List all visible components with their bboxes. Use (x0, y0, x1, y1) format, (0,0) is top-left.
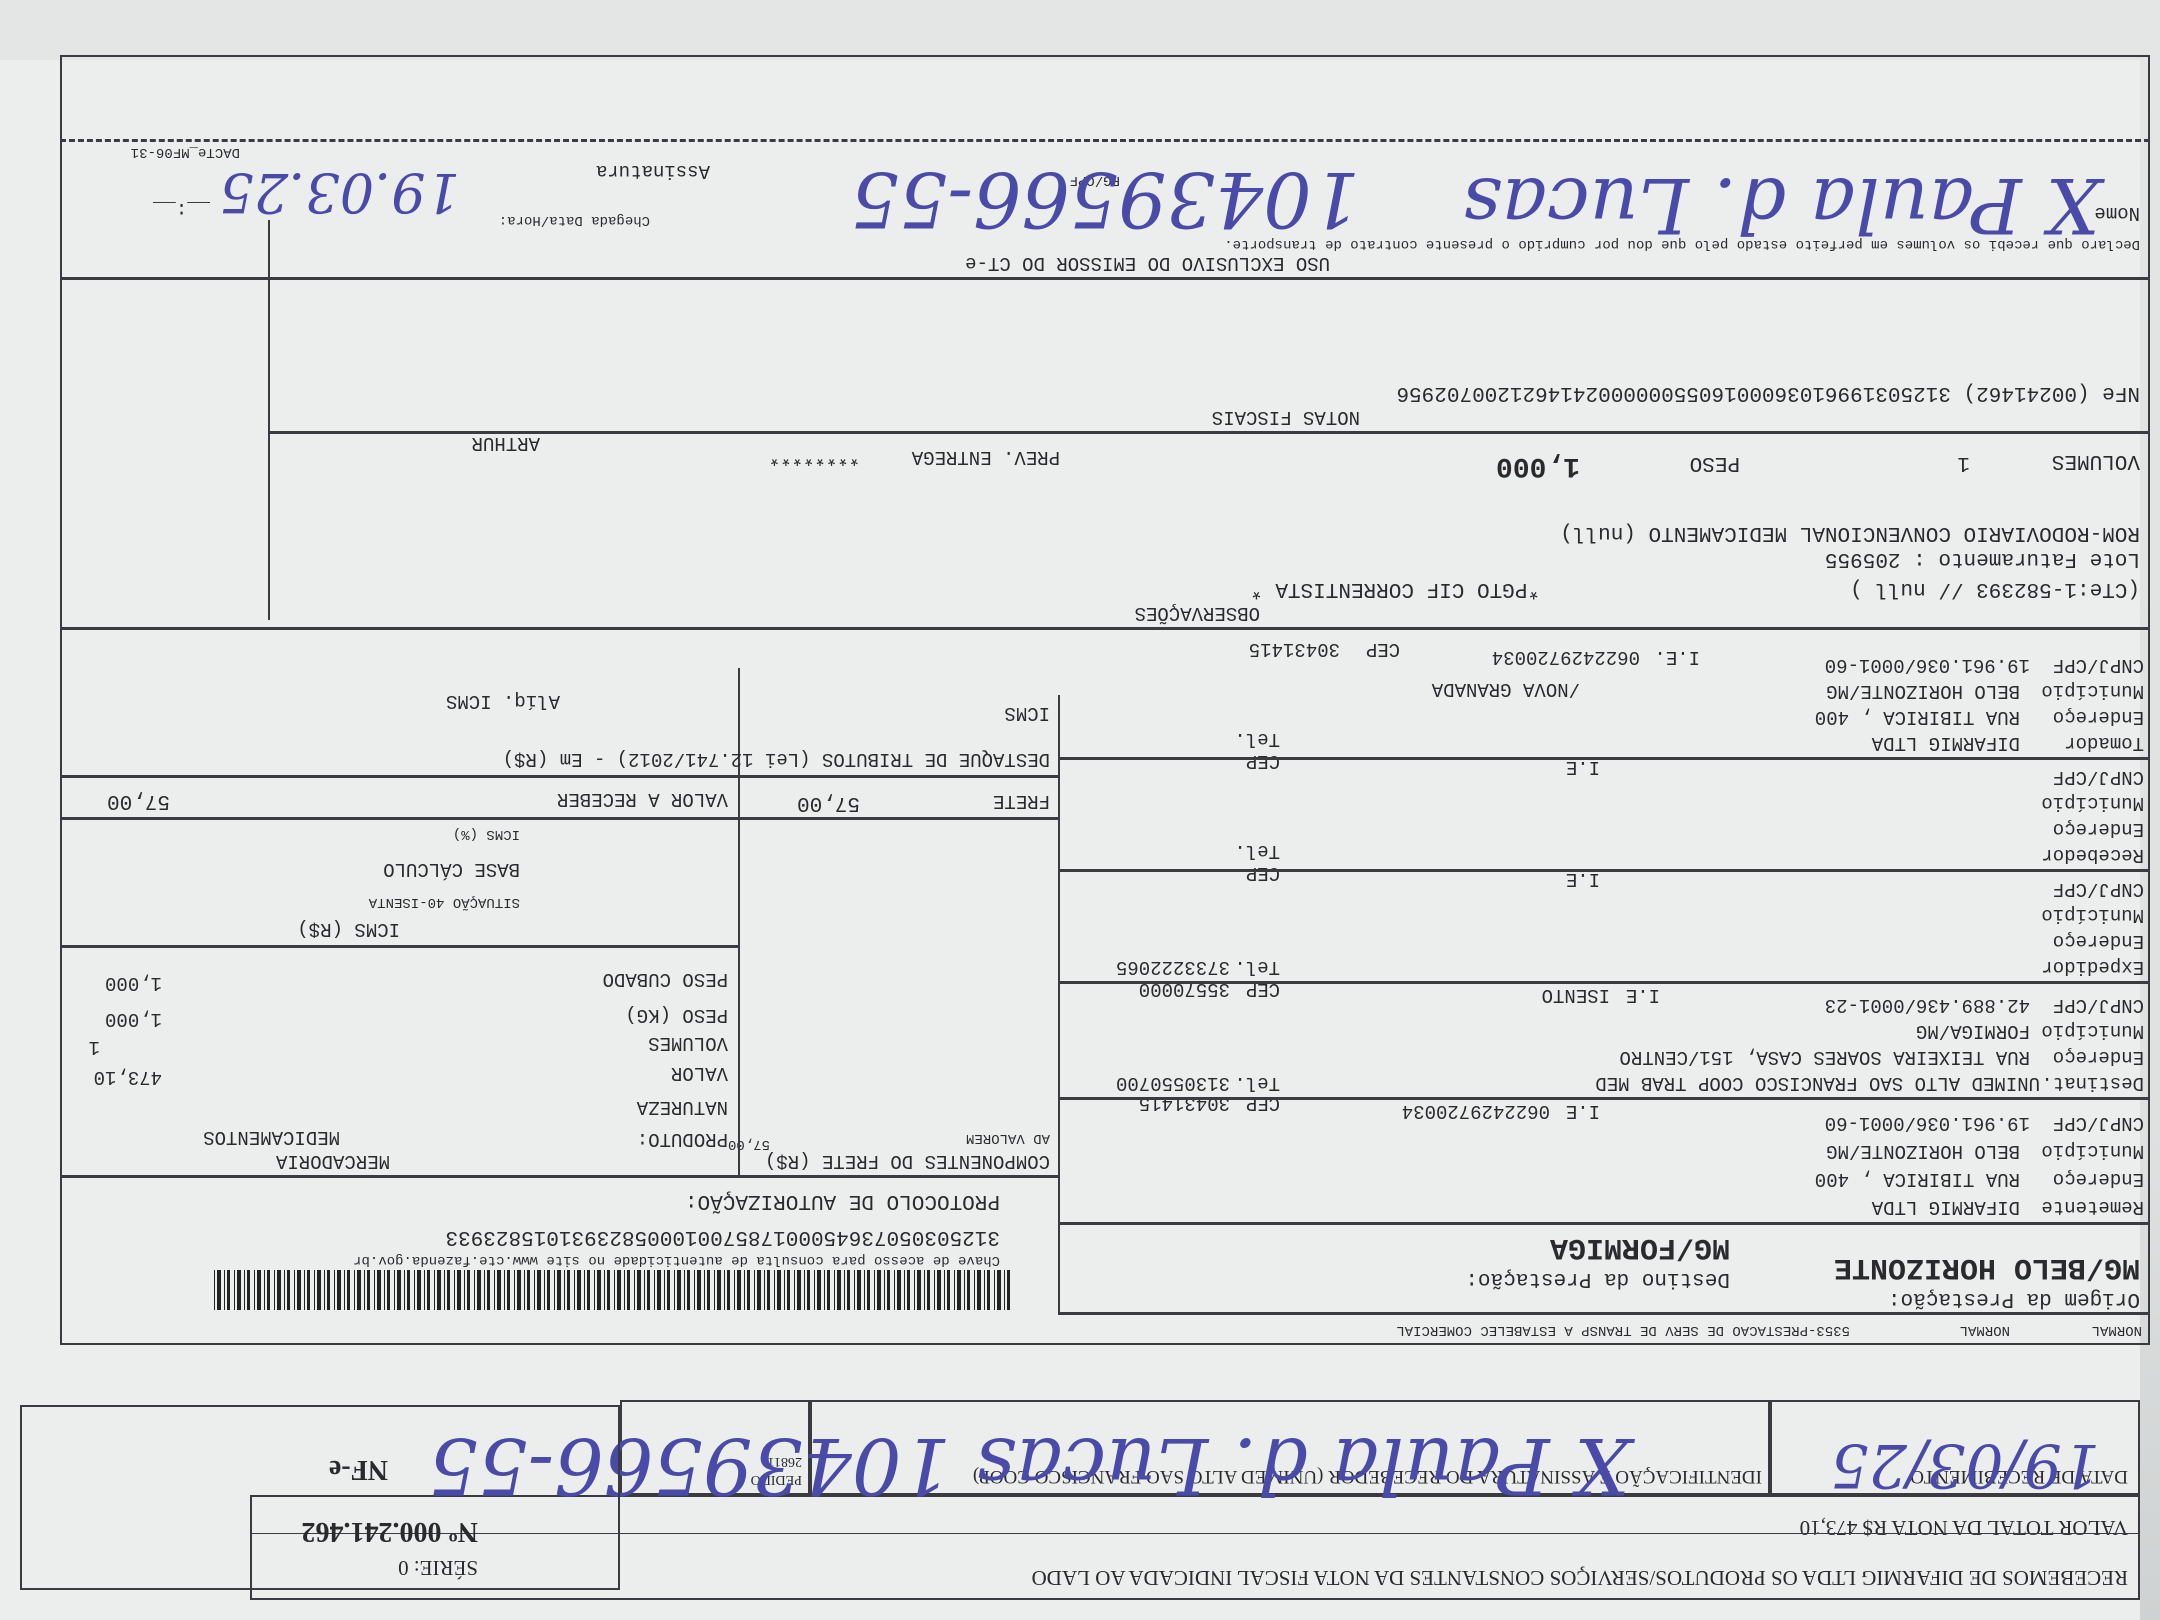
nfe-number: Nº 000.241.462 (302, 1516, 478, 1546)
weight-label: PESO (KG) (625, 1004, 728, 1026)
cubed-weight-label: PESO CUBADO (603, 968, 728, 990)
product-label: PRODUTO: (637, 1128, 728, 1150)
icms-situation: SITUAÇÃO 40-ISENTA (369, 894, 520, 910)
nfe-box: NF-e Nº 000.241.462 SÉRIE: 0 (20, 1405, 620, 1590)
volumes-value: 1 (89, 1036, 100, 1058)
arrival-label: Chegada Data/Hora: (499, 212, 650, 228)
taker-cep-label: CEP (1366, 638, 1400, 660)
sender-cnpj: 19.961.036/0001-60 (1825, 1112, 2030, 1134)
receipt-date-handwritten: 19/03/25 (1831, 1430, 2100, 1500)
protocol-label: PROTOCOLO DE AUTORIZAÇÃO: (685, 1188, 1000, 1212)
taxes-icms-label: ICMS (1004, 702, 1050, 724)
taker-label: Tomador (2064, 732, 2144, 754)
merchandise-label: MERCADORIA (276, 1150, 390, 1172)
observations-line2: Lote Faturamento : 205955 (1825, 546, 2140, 570)
receipt-signature-label: Assinatura (596, 160, 710, 182)
total-value: VALOR TOTAL DA NOTA R$ 473,10 (1800, 1516, 2128, 1540)
arrival-time-placeholder[interactable]: __:__ (153, 198, 210, 220)
recipient-cnpj: 42.889.436/0001-23 (1825, 994, 2030, 1016)
receipt-name-handwritten: X Paula d. Lucas (1463, 161, 2100, 250)
sender-tel: 3130550700 (1116, 1072, 1230, 1094)
origin-value: MG/BELO HORIZONTE (1834, 1250, 2140, 1284)
recipient-tel-label: Tel. (1234, 956, 1280, 978)
operator-name: ARTHUR (472, 432, 540, 454)
recipient-tel: 3733222065 (1116, 956, 1230, 978)
sender-ie: 0622429720034 (1402, 1100, 1550, 1122)
observations-line3: ROM-RODOVIARIO CONVENCIONAL MEDICAMENTO … (1560, 520, 2140, 544)
access-key-caption: Chave de acesso para consulta de autenti… (353, 1252, 1000, 1268)
dacte-document: RECEBEMOS DE DIFARMIG LTDA OS PRODUTOS/S… (0, 0, 2160, 1620)
sender-city: BELO HORIZONTE/MG (1826, 1140, 2020, 1162)
nfe-series: SÉRIE: 0 (398, 1556, 478, 1580)
taker-city: BELO HORIZONTE/MG (1826, 680, 2020, 702)
nature-label: NATUREZA (637, 1096, 728, 1118)
obs-volumes-value: 1 (1957, 450, 1970, 474)
delivery-forecast-value: ******** (769, 446, 860, 468)
recipient-cnpj-label: CNPJ/CPF (2053, 994, 2144, 1016)
receiver-city-label: Município (2041, 792, 2144, 814)
freight-value: 57,00 (797, 790, 860, 814)
taker-cnpj: 19.961.036/0001-60 (1825, 654, 2030, 676)
obs-weight-value: 1,000 (1496, 450, 1580, 480)
icms-pct-label: ICMS (%) (453, 826, 520, 842)
cfop: 5353-PRESTACAO DE SERV DE TRANSP A ESTAB… (1396, 1322, 1850, 1338)
receipt-rg-handwritten: 10439566-55 (851, 155, 1360, 244)
freight-label: FRETE (993, 790, 1050, 812)
cargo-value: 473,10 (94, 1066, 162, 1088)
sender-label: Remetente (2041, 1196, 2144, 1218)
receiver-tel-label: Tel. (1234, 728, 1280, 750)
form-code: DACTe_MF06-31 (131, 144, 240, 160)
taker-address: RUA TIBIRICA , 400 (1815, 706, 2020, 728)
taxes-title: DESTAQUE DE TRIBUTOS (Lei 12.741/2012) -… (503, 748, 1050, 770)
cubed-weight-value: 1,000 (105, 972, 162, 994)
recipient-city: FORMIGA/MG (1916, 1020, 2030, 1042)
ad-valorem-value: 57,00 (728, 1136, 770, 1152)
cargo-value-label: VALOR (671, 1062, 728, 1084)
receiver-address-label: Endereço (2053, 818, 2144, 840)
recipient-ie-label: I.E (1626, 984, 1660, 1006)
sender-city-label: Município (2041, 1140, 2144, 1162)
destination-label: Destino da Prestação: (1465, 1266, 1730, 1290)
taker-cnpj-label: CNPJ/CPF (2053, 654, 2144, 676)
obs-weight-label: PESO (1690, 450, 1740, 474)
recipient-address: RUA TEIXEIRA SOARES CASA, 151/CENTRO (1620, 1046, 2030, 1068)
sender-cep-label: CEP (1246, 1092, 1280, 1114)
amount-due-label: VALOR A RECEBER (557, 788, 728, 810)
observations-title: OBSERVAÇÕES (1135, 602, 1260, 624)
taker-name: DIFARMIG LTDA (1872, 732, 2020, 754)
taker-ie-label: I.E. (1654, 646, 1700, 668)
observations-line1-b: *PGTO CIF CORRENTISTA * (1250, 576, 1540, 600)
destination-value: MG/FORMIGA (1550, 1230, 1730, 1264)
amount-due-value: 57,00 (107, 788, 170, 812)
recipient-address-label: Endereço (2053, 1046, 2144, 1068)
recipient-label: Destinat. (2041, 1072, 2144, 1094)
issuer-use-title: USO EXCLUSIVO DO EMISSOR DO CT-e (965, 252, 1330, 274)
weight-value: 1,000 (105, 1008, 162, 1030)
taxes-aliq-label: Alíq. ICMS (446, 690, 560, 712)
type-normal-2: NORMAL (1960, 1322, 2010, 1338)
freight-components-title: COMPONENTES DO FRETE (R$) (765, 1150, 1050, 1172)
icms-rs-label: ICMS (R$) (297, 918, 400, 940)
volumes-label: VOLUMES (648, 1032, 728, 1054)
origin-label: Origem da Prestação: (1888, 1286, 2140, 1310)
sender-cep: 30431415 (1139, 1092, 1230, 1114)
sender-tel-label: Tel. (1234, 1072, 1280, 1094)
shipper-cep-label: CEP (1246, 862, 1280, 884)
recipient-ie: ISENTO (1542, 984, 1610, 1006)
receiver-label: Recebedor (2041, 844, 2144, 866)
receiver-cep-label: CEP (1246, 750, 1280, 772)
received-statement: RECEBEMOS DE DIFARMIG LTDA OS PRODUTOS/S… (1032, 1566, 2128, 1590)
sender-address: RUA TIBIRICA , 400 (1815, 1168, 2020, 1190)
shipper-address-label: Endereço (2053, 930, 2144, 952)
observations-line1-a: (CTe:1-582393 // null ) (1850, 576, 2140, 600)
ad-valorem-label: AD VALOREM (966, 1130, 1050, 1146)
recipient-name: UNIMED ALTO SAO FRANCISCO COOP TRAB MED (1595, 1072, 2040, 1094)
shipper-tel-label: Tel. (1234, 840, 1280, 862)
barcode (210, 1270, 1010, 1310)
receiver-cnpj-label: CNPJ/CPF (2053, 766, 2144, 788)
base-calc-label: BASE CÁLCULO (383, 858, 520, 880)
sender-address-label: Endereço (2053, 1168, 2144, 1190)
receipt-name-label: Nome (2094, 202, 2140, 224)
shipper-label: Expedidor (2041, 956, 2144, 978)
delivery-forecast-label: PREV. ENTREGA (912, 446, 1060, 468)
sender-name: DIFARMIG LTDA (1872, 1196, 2020, 1218)
access-key: 3125030507364500017857001000582393101582… (446, 1224, 1001, 1248)
taker-address-label: Endereço (2053, 706, 2144, 728)
taker-ie: 0622429720034 (1492, 646, 1640, 668)
obs-volumes-label: VOLUMES (2052, 448, 2140, 472)
nfe-label: NF-e (329, 1454, 388, 1484)
taker-cep: 30431415 (1249, 638, 1340, 660)
shipper-city-label: Município (2041, 904, 2144, 926)
recipient-city-label: Município (2041, 1020, 2144, 1042)
taker-district: /NOVA GRANADA (1432, 678, 1580, 700)
type-normal-1: NORMAL (2092, 1322, 2142, 1338)
shipper-cnpj-label: CNPJ/CPF (2053, 878, 2144, 900)
sender-ie-label: I.E (1566, 1100, 1600, 1122)
sender-cnpj-label: CNPJ/CPF (2053, 1112, 2144, 1134)
invoices-line: NFe (00241462) 3125031996103600016055000… (1396, 380, 2140, 404)
arrival-date-handwritten: 19.03.25 (220, 161, 460, 224)
invoices-title: NOTAS FISCAIS (1212, 406, 1360, 428)
product-value: MEDICAMENTOS (203, 1126, 340, 1148)
taker-city-label: Município (2041, 680, 2144, 702)
